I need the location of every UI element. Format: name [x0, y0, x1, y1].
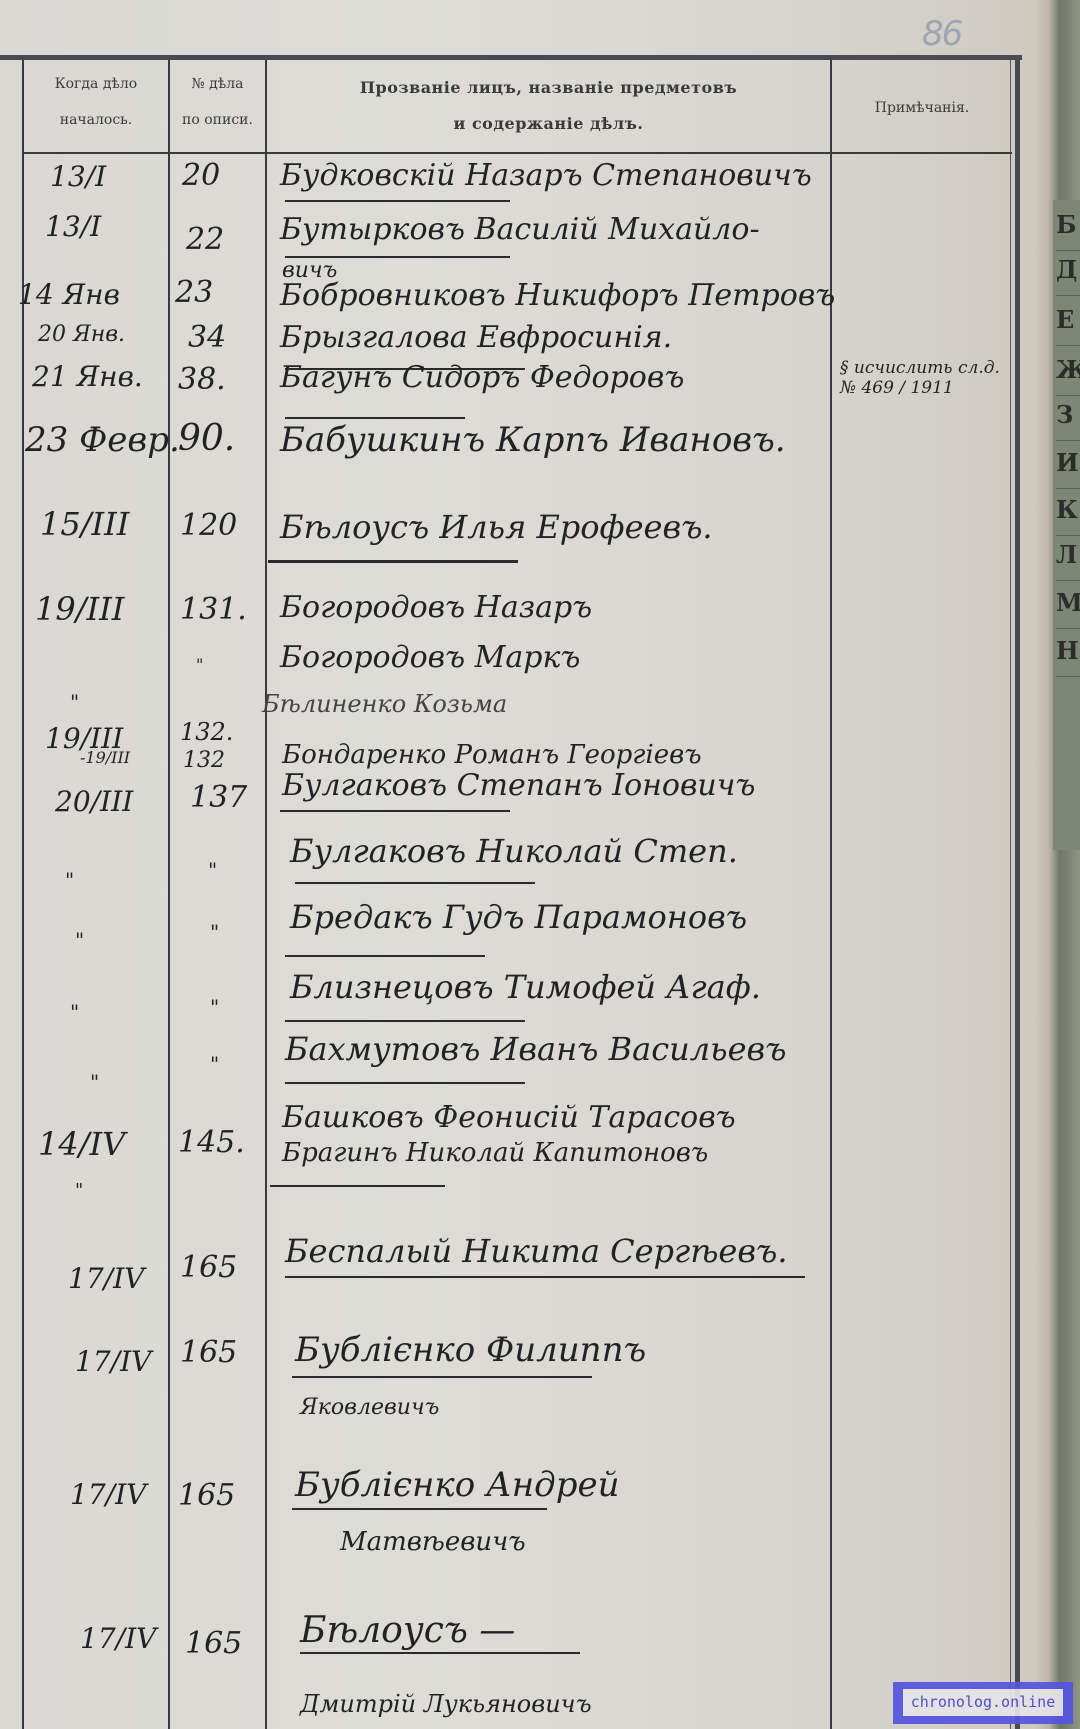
entry-name: Богородовъ Назаръ: [280, 590, 592, 625]
entry-name: Брызгалова Евфросинія.: [280, 320, 672, 355]
entry-date: ": [75, 1180, 83, 1201]
header-names-column: Прозваніе лицъ, названіе предметовъ и со…: [267, 70, 830, 142]
entry-note: § исчислить сл.д. № 469 / 1911: [840, 358, 1010, 398]
index-tab: И: [1056, 448, 1080, 489]
name-underline: [285, 955, 485, 957]
entry-name: Богородовъ Маркъ: [280, 640, 580, 675]
name-underline: [285, 1082, 525, 1084]
entry-number: 132: [183, 748, 225, 773]
header-notes-column: Примѣчанія.: [832, 90, 1012, 126]
name-underline: [295, 882, 535, 884]
entry-date: 13/I: [50, 160, 106, 193]
entry-date: 17/IV: [70, 1478, 146, 1511]
entry-number: 38.: [178, 362, 226, 397]
entry-number: 131.: [180, 592, 247, 627]
index-tab: З: [1056, 400, 1080, 441]
entry-name: Бублієнко Филиппъ: [295, 1330, 646, 1370]
name-underline: [268, 560, 518, 563]
name-underline: [285, 1276, 805, 1278]
entry-date: ": [70, 1000, 79, 1024]
index-tab: К: [1056, 495, 1080, 536]
header-number-line2: по описи.: [170, 102, 265, 138]
entry-name-continuation: Матвѣевичъ: [340, 1527, 526, 1557]
entry-number: 20: [182, 158, 220, 193]
entry-name: Будковскій Назаръ Степановичъ: [280, 158, 812, 193]
entry-name-continuation: Яковлевичъ: [300, 1395, 439, 1420]
entry-name: Бондаренко Романъ Георгіевъ: [282, 740, 702, 770]
entry-date: 21 Янв.: [32, 360, 143, 393]
folio-number: 86: [922, 14, 961, 54]
header-date-line2: началось.: [24, 102, 168, 138]
index-tab: Н: [1056, 636, 1080, 677]
entry-name: Близнецовъ Тимофей Агаф.: [290, 968, 761, 1006]
index-tab: Е: [1056, 305, 1080, 346]
entry-date: 13/I: [45, 210, 101, 243]
header-date-column: Когда дѣло началось.: [24, 66, 168, 138]
entry-date: 14/IV: [38, 1125, 125, 1163]
entry-number: ": [208, 858, 217, 882]
entry-date: 17/IV: [80, 1622, 156, 1655]
name-underline: [285, 1020, 525, 1022]
entry-name: Бѣлоусъ Илья Ерофеевъ.: [280, 508, 713, 546]
entry-number: 120: [180, 508, 237, 543]
entry-number: 132.: [180, 718, 233, 746]
watermark-text: chronolog.online: [903, 1689, 1063, 1716]
entry-date: ": [70, 690, 79, 714]
entry-date: -19/III: [80, 748, 130, 767]
entry-name: Башковъ Феонисій Тарасовъ: [282, 1100, 736, 1135]
entry-number: ": [210, 995, 219, 1019]
entry-number: ": [196, 655, 203, 674]
entry-date: ": [65, 868, 74, 892]
header-notes-line1: Примѣчанія.: [832, 90, 1012, 126]
entry-number: 165: [178, 1478, 235, 1513]
entry-number: 145.: [178, 1125, 245, 1160]
column-rule-number: [265, 60, 267, 1729]
entry-date: 20/III: [55, 785, 133, 818]
header-names-line2: и содержаніе дѣлъ.: [267, 106, 830, 142]
entry-date: 23 Февр.: [25, 420, 180, 460]
name-underline: [280, 810, 510, 812]
header-date-line1: Когда дѣло: [24, 66, 168, 102]
entry-name: Бѣлоусъ —: [300, 1610, 515, 1651]
entry-name: Бѣлиненко Козьма: [262, 690, 507, 718]
name-underline: [285, 417, 465, 419]
header-bottom-rule: [22, 152, 1012, 154]
index-tab: М: [1056, 588, 1080, 629]
frame-right-rule: [1015, 55, 1020, 1729]
entry-name: Бублієнко Андрей: [295, 1465, 619, 1505]
entry-name: Бобровниковъ Никифоръ Петровъ: [280, 278, 835, 313]
frame-top-rule: [0, 55, 1022, 60]
entry-name: Багунъ Сидоръ Федоровъ: [280, 360, 684, 395]
entry-name: Брагинъ Николай Капитоновъ: [282, 1138, 708, 1168]
entry-date: ": [90, 1070, 99, 1094]
entry-date: 14 Янв: [18, 278, 120, 311]
name-underline: [300, 1652, 580, 1654]
header-number-column: № дѣла по описи.: [170, 66, 265, 138]
entry-name-continuation: Дмитрій Лукьяновичъ: [300, 1690, 592, 1718]
header-number-line1: № дѣла: [170, 66, 265, 102]
entry-date: ": [75, 928, 84, 952]
entry-date: 17/IV: [68, 1262, 144, 1295]
index-tab: Б: [1056, 210, 1080, 251]
entry-number: 22: [186, 222, 224, 257]
entry-name: Бутырковъ Василій Михайло-: [280, 212, 760, 247]
index-tab: Л: [1056, 540, 1080, 581]
name-underline: [270, 1185, 445, 1187]
entry-number: 23: [175, 275, 213, 310]
entry-number: ": [210, 920, 219, 944]
index-tab: Д: [1056, 255, 1080, 296]
name-underline: [285, 200, 510, 202]
entry-date: 19/III: [35, 590, 124, 628]
entry-number: 165: [180, 1250, 237, 1285]
entry-date: 20 Янв.: [38, 322, 125, 347]
entry-name: Беспалый Никита Сергѣевъ.: [285, 1232, 787, 1270]
entry-number: 137: [190, 780, 247, 815]
entry-name: Булгаковъ Степанъ Іоновичъ: [282, 768, 755, 803]
name-underline: [292, 1508, 547, 1510]
entry-name: Бабушкинъ Карпъ Ивановъ.: [280, 420, 786, 460]
column-rule-date: [168, 60, 170, 1729]
frame-right-inner-rule: [1010, 60, 1011, 1729]
entry-name: Бахмутовъ Иванъ Васильевъ: [285, 1030, 786, 1068]
index-tab: Ж: [1056, 355, 1080, 396]
entry-number: 34: [188, 320, 226, 355]
entry-date: 17/IV: [75, 1345, 151, 1378]
entry-number: 165: [185, 1626, 242, 1661]
entry-number: ": [210, 1052, 219, 1076]
entry-number: 90.: [178, 418, 235, 459]
entry-date: 15/III: [40, 505, 129, 543]
header-names-line1: Прозваніе лицъ, названіе предметовъ: [267, 70, 830, 106]
entry-name: Бредакъ Гудъ Парамоновъ: [290, 898, 747, 936]
entry-number: 165: [180, 1335, 237, 1370]
register-page: 86 Когда дѣло началось. № дѣла по описи.…: [0, 0, 1035, 1729]
watermark-badge: chronolog.online: [893, 1682, 1073, 1724]
entry-name: Булгаковъ Николай Степ.: [290, 832, 738, 870]
name-underline: [292, 1376, 592, 1378]
